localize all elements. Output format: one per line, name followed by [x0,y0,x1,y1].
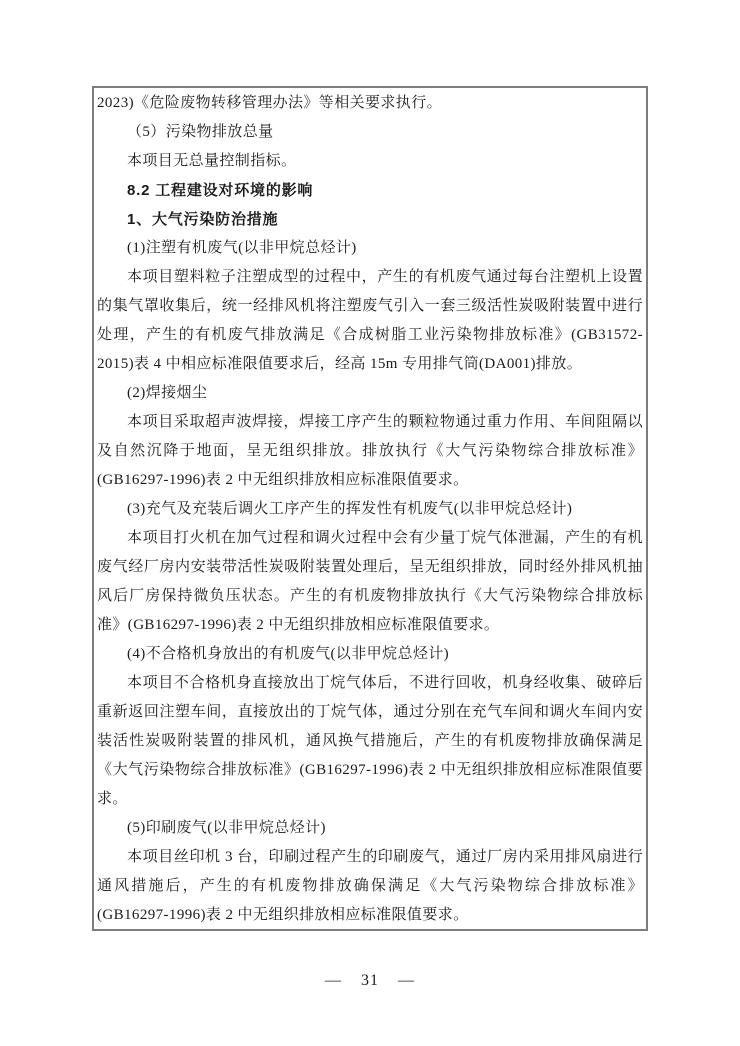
para-injection-process: 本项目塑料粒子注塑成型的过程中，产生的有机废气通过每台注塑机上设置的集气罩收集后… [97,263,643,379]
para-printing-process: 本项目丝印机 3 台，印刷过程产生的印刷废气，通过厂房内采用排风扇进行通风措施后… [97,843,643,930]
para-welding-process: 本项目采取超声波焊接，焊接工序产生的颗粒物通过重力作用、车间阻隔以及自然沉降于地… [97,408,643,495]
item-6-crushing-dust: (6)破碎粉尘 [97,930,643,931]
para-unqualified-body: 本项目不合格机身直接放出丁烷气体后，不进行回收，机身经收集、破碎后重新返回注塑车… [97,669,643,814]
para-no-total-control: 本项目无总量控制指标。 [97,147,643,176]
item-3-inflation-voc: (3)充气及充装后调火工序产生的挥发性有机废气(以非甲烷总烃计) [97,495,643,524]
item-1-injection-waste-gas: (1)注塑有机废气(以非甲烷总烃计) [97,234,643,263]
item-4-unqualified-body-gas: (4)不合格机身放出的有机废气(以非甲烷总烃计) [97,640,643,669]
item-5-printing-gas: (5)印刷废气(以非甲烷总烃计) [97,814,643,843]
page-number: — 31 — [0,972,740,990]
item-2-welding-fume: (2)焊接烟尘 [97,379,643,408]
para-continuation: 2023)《危险废物转移管理办法》等相关要求执行。 [97,89,643,118]
heading-section-8-2: 8.2 工程建设对环境的影响 [97,176,643,205]
para-inflation-process: 本项目打火机在加气过程和调火过程中会有少量丁烷气体泄漏，产生的有机废气经厂房内安… [97,524,643,640]
item-pollutant-discharge-total: （5）污染物排放总量 [97,118,643,147]
document-body-cell: 2023)《危险废物转移管理办法》等相关要求执行。 （5）污染物排放总量 本项目… [92,86,648,931]
heading-air-pollution-measures: 1、大气污染防治措施 [97,205,643,234]
